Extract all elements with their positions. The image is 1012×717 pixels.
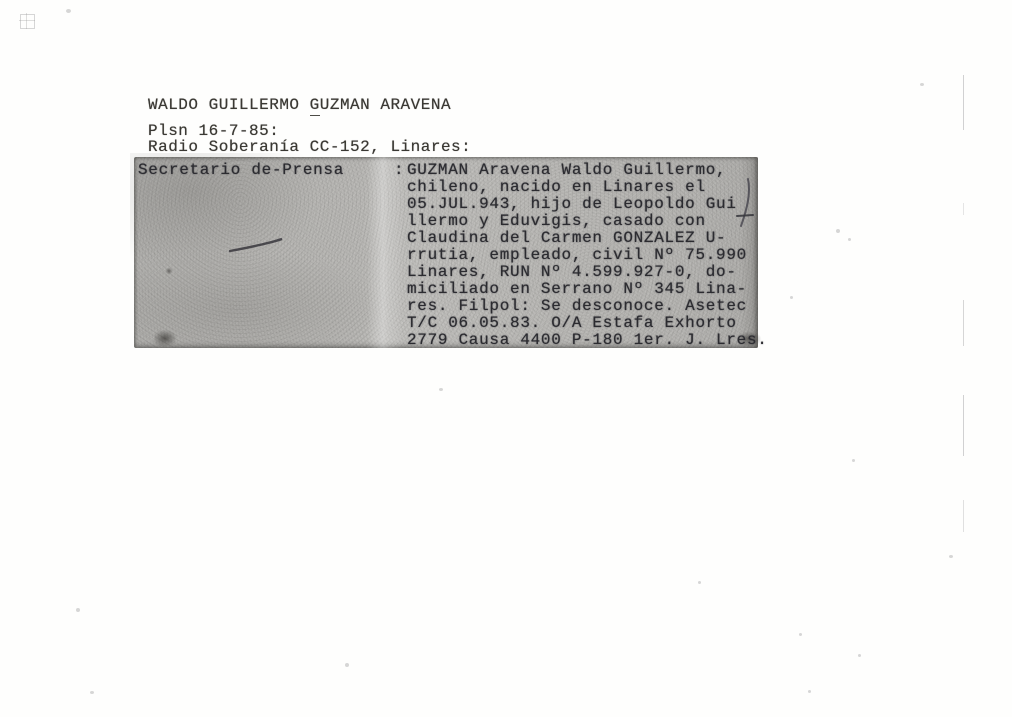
paper-speck [858, 654, 861, 657]
record-line: res. Filpol: Se desconoce. Asetec [407, 298, 768, 315]
paper-speck [799, 633, 802, 636]
subject-name-underlined-letter: G [310, 96, 320, 116]
ink-speck [165, 267, 173, 275]
record-line: 05.JUL.943, hijo de Leopoldo Gui [407, 196, 768, 213]
paper-speck [90, 691, 94, 694]
record-line: 2779 Causa 4400 P-180 1er. J. Lres. [407, 332, 768, 349]
paper-speck [76, 608, 80, 612]
subject-name-rest: UZMAN ARAVENA [320, 96, 451, 114]
radio-station-pre: Radio Soberanía CC-152, [148, 138, 390, 156]
record-line: miciliado en Serrano Nº 345 Lina- [407, 281, 768, 298]
scanned-document-page: WALDO GUILLERMO GUZMAN ARAVENA Plsn 16-7… [0, 0, 1012, 717]
fold-line-segment [963, 500, 964, 532]
paper-speck [852, 459, 855, 462]
fold-line-segment [963, 300, 964, 346]
record-line: llermo y Eduvigis, casado con [407, 213, 768, 230]
ink-blob [154, 329, 178, 346]
radio-station-city-underlined: Linares: [390, 138, 471, 158]
fold-line-segment [963, 203, 964, 215]
column-separator-colon: : [394, 162, 404, 179]
fold-line-segment [963, 75, 964, 130]
scan-seam [367, 157, 403, 348]
record-line: GUZMAN Aravena Waldo Guillermo, [407, 162, 768, 179]
record-detail-text: GUZMAN Aravena Waldo Guillermo, chileno,… [407, 162, 768, 349]
record-line: chileno, nacido en Linares el [407, 179, 768, 196]
pen-stroke-horizontal [230, 239, 282, 251]
registration-mark [20, 14, 35, 29]
paper-speck [848, 238, 851, 241]
scan-blotch [134, 252, 384, 348]
paper-speck [949, 555, 953, 558]
record-line: Linares, RUN Nº 4.599.927-0, do- [407, 264, 768, 281]
role-label: Secretario de-Prensa [138, 162, 344, 179]
paper-speck [698, 581, 701, 584]
plsn-date-line: Plsn 16-7-85: [148, 123, 279, 139]
record-line: T/C 06.05.83. O/A Estafa Exhorto [407, 315, 768, 332]
paper-speck [790, 296, 793, 299]
subject-name-title: WALDO GUILLERMO GUZMAN ARAVENA [148, 97, 451, 113]
paper-speck [920, 83, 924, 86]
record-line: rrutia, empleado, civil Nº 75.990 [407, 247, 768, 264]
paper-speck [66, 9, 71, 13]
photocopy-record-block: Secretario de-Prensa : GUZMAN Aravena Wa… [134, 157, 758, 348]
paper-speck [439, 388, 443, 391]
subject-name-pre: WALDO GUILLERMO [148, 96, 310, 114]
paper-speck [345, 663, 349, 667]
paper-speck [836, 229, 840, 233]
radio-station-line: Radio Soberanía CC-152, Linares: [148, 139, 471, 155]
record-line: Claudina del Carmen GONZALEZ U- [407, 230, 768, 247]
fold-line-segment [963, 395, 964, 456]
paper-speck [808, 690, 811, 693]
